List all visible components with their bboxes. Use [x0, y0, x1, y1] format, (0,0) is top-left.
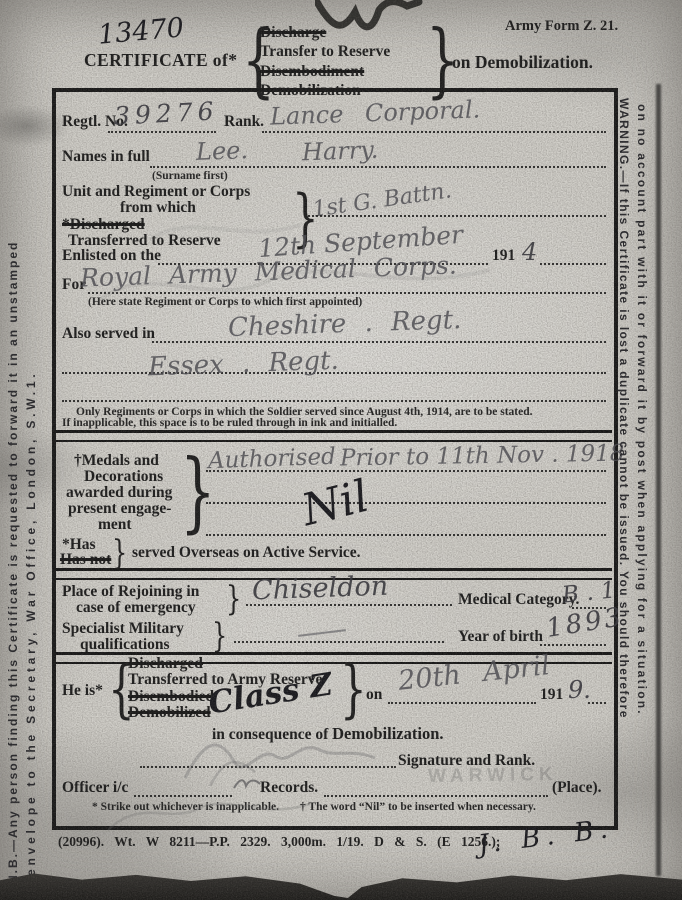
- certificate-title: CERTIFICATE of*: [84, 50, 237, 71]
- title-option-discharge: Discharge: [260, 23, 390, 42]
- heis-on-label: on: [366, 686, 382, 704]
- brace-close-icon: }: [340, 658, 367, 721]
- dotted-line: [88, 292, 606, 294]
- document-photo: 13470 CERTIFICATE of* { Discharge Transf…: [0, 0, 682, 900]
- dotted-line: [234, 641, 444, 643]
- title-suffix: on Demobilization.: [452, 52, 593, 73]
- medals-label-5: ment: [98, 516, 132, 534]
- title-option-disembodiment: Disembodiment: [260, 62, 390, 81]
- officer-label: Officer i/c: [62, 779, 128, 797]
- dotted-line: [140, 766, 396, 768]
- rank-label: Rank.: [224, 113, 264, 131]
- medals-value-left: Authorised: [208, 444, 337, 474]
- names-value-surname: Lee.: [196, 136, 249, 166]
- dotted-line: [152, 341, 606, 343]
- dotted-line: [388, 702, 536, 704]
- unit-label-2: from which: [120, 199, 196, 217]
- torn-bottom-edge: [0, 866, 682, 900]
- dotted-line: [108, 131, 216, 133]
- dotted-line: [308, 215, 606, 217]
- form-number: Army Form Z. 21.: [505, 18, 618, 35]
- officer-records-label: Records.: [260, 779, 318, 797]
- medals-value-right: Prior to 11th Nov . 1918: [340, 441, 625, 472]
- ghost-stamp: WARWICK: [428, 764, 558, 788]
- regtl-no-value: 39276: [113, 96, 219, 130]
- consequence-line: in consequence of Demobilization.: [212, 724, 444, 744]
- rejoining-value: Chiseldon: [252, 571, 389, 607]
- footnote-nil: † The word “Nil” to be inserted when nec…: [300, 801, 536, 813]
- enlisted-year-printed: 191: [492, 247, 515, 265]
- title-option-transfer: Transfer to Reserve: [260, 42, 390, 61]
- overseas-has-not: Has not: [60, 551, 111, 569]
- dotted-line: [206, 534, 606, 536]
- names-note: (Surname first): [152, 170, 228, 182]
- brace-close-icon: }: [226, 582, 241, 616]
- dotted-line: [540, 263, 606, 265]
- dotted-line: [262, 131, 606, 133]
- photo-edge-shadow: [656, 84, 661, 876]
- margin-left-note-line2: envelope to the Secretary, War Office, L…: [24, 371, 38, 876]
- overseas-text: served Overseas on Active Service.: [132, 544, 361, 562]
- heis-option-discharged: Discharged: [128, 656, 322, 672]
- footnote-strike: * Strike out whichever is inapplicable.: [92, 801, 279, 813]
- heis-label: He is*: [62, 682, 103, 700]
- margin-left-note-line1: N.B.—Any person finding this Certificate…: [6, 241, 20, 884]
- serial-number-handwritten: 13470: [97, 12, 185, 50]
- dotted-line: [588, 702, 606, 704]
- heis-year-written: 9.: [568, 676, 591, 704]
- names-value-forename: Harry.: [302, 136, 379, 167]
- dotted-line: [62, 400, 606, 402]
- year-of-birth-label: Year of birth: [458, 628, 543, 646]
- enlisted-year-written: 4: [522, 238, 537, 266]
- first-corps-note: (Here state Regiment or Corps to which f…: [88, 296, 362, 308]
- dotted-line: [324, 795, 548, 797]
- brace-close-icon: }: [112, 536, 127, 570]
- rejoining-label-2: case of emergency: [76, 599, 196, 617]
- section-divider: [56, 430, 612, 442]
- also-served-label: Also served in: [62, 325, 155, 343]
- regiments-note-2: If inapplicable, this space is to be rul…: [62, 417, 397, 429]
- consequence-bold: Demobilization.: [332, 724, 443, 743]
- officer-place-label: (Place).: [552, 779, 601, 797]
- consequence-prefix: in consequence of: [212, 726, 332, 743]
- dotted-line: [150, 166, 606, 168]
- dotted-line: [540, 644, 606, 646]
- margin-right-warning-line2: on no account part with it or forward it…: [635, 104, 649, 716]
- names-label: Names in full: [62, 148, 150, 166]
- dotted-line: [206, 502, 606, 504]
- brace-close-icon: }: [212, 619, 227, 653]
- margin-right-warning-line1: WARNING.—If this Certificate is lost a d…: [617, 98, 631, 719]
- dotted-line: [134, 795, 232, 797]
- heis-year-printed: 191: [540, 686, 563, 704]
- footer-imprint: (20996). Wt. W 8211—P.P. 2329. 3,000m. 1…: [58, 834, 500, 850]
